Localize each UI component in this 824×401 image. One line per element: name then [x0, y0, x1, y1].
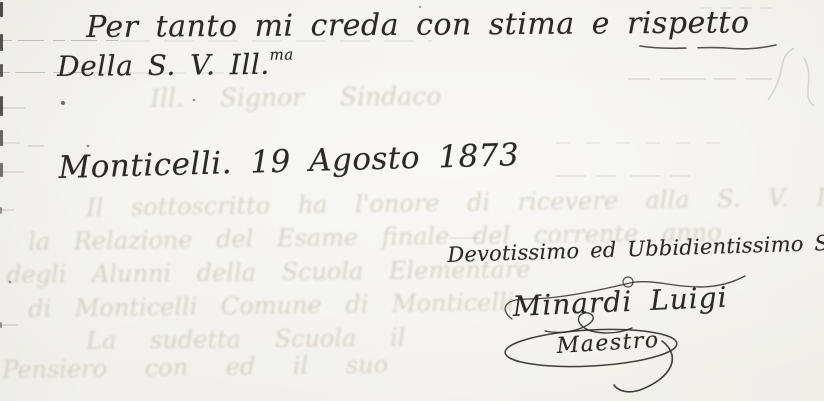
scan-edge-mark: [0, 322, 2, 328]
scan-edge-mark: [0, 34, 3, 51]
salutation-line: Della S. V. Ill.ma: [57, 46, 294, 83]
scan-edge-mark: [0, 163, 3, 177]
scan-edge-mark: [0, 207, 2, 214]
scan-edge-mark: [0, 96, 3, 116]
letter-scan-page: Ill. Signor Sindaco Il sottoscritto ha l…: [0, 0, 824, 401]
scan-edge-mark: [0, 64, 3, 77]
salutation-text: Della S. V.: [57, 48, 230, 83]
salutation-superscript: ma: [270, 46, 294, 64]
closing-line: Per tanto mi creda con stima e rispetto: [86, 5, 750, 45]
scan-edge-mark: [0, 130, 3, 146]
scan-edge-mark: [0, 2, 3, 17]
salutation-abbreviation: Ill.: [230, 48, 270, 81]
